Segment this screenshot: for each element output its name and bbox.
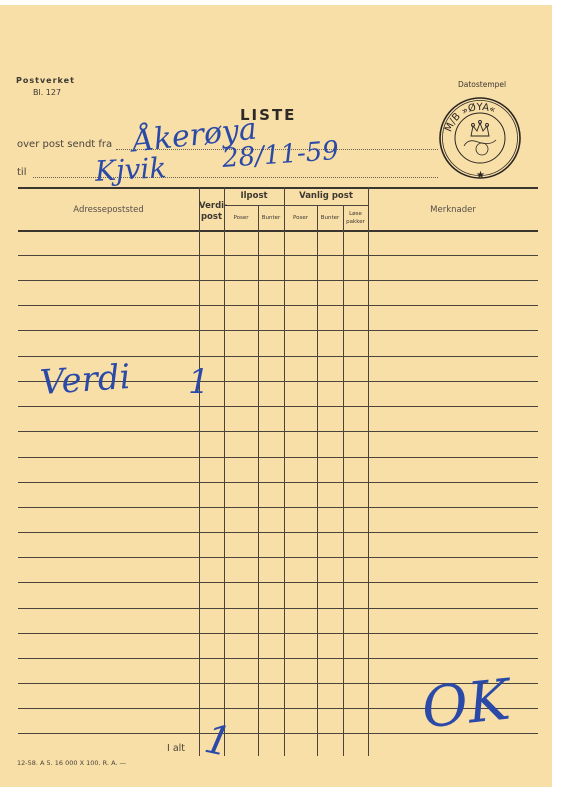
table-row-line [18, 255, 538, 256]
table-row-line [18, 633, 538, 634]
column-header-vanlig-bunter: Bunter [317, 215, 343, 221]
column-divider [343, 205, 344, 756]
from-label: over post sendt fra [17, 139, 112, 150]
lose-pakker-line2: pakker [343, 218, 368, 226]
table-row-line [18, 582, 538, 583]
table-row-line [18, 608, 538, 609]
column-header-ilpost-poser: Poser [224, 215, 258, 221]
total-label: I alt [167, 743, 185, 754]
table-row-line [18, 406, 538, 407]
column-divider [317, 205, 318, 756]
table-row-line [18, 658, 538, 659]
column-header-lose-pakker: Løse pakker [343, 210, 368, 226]
column-header-verdipost: Verdi- post [199, 201, 224, 223]
table-row-line [18, 557, 538, 558]
verdipost-line2: post [199, 212, 224, 223]
signature-handwritten: OK [419, 668, 513, 742]
column-divider [224, 187, 225, 756]
column-header-vanlig-post: Vanlig post [284, 191, 368, 201]
table-row-line [18, 431, 538, 432]
table-row-line [18, 507, 538, 508]
entry-verdipost-handwritten: 1 [188, 362, 210, 402]
column-divider [199, 187, 200, 756]
to-field-line[interactable] [33, 177, 438, 178]
stamp-text: M/B »ØYA« [443, 101, 497, 133]
table-row-line [18, 532, 538, 533]
print-footer: 12-58. A 5. 16 000 X 100. R. A. — [17, 759, 126, 767]
postmark-stamp-icon: M/B »ØYA« ★ [438, 96, 522, 180]
lose-pakker-line1: Løse [343, 210, 368, 218]
table-row-line [18, 280, 538, 281]
column-header-ilpost: Ilpost [224, 191, 284, 201]
column-divider [284, 187, 285, 756]
svg-text:★: ★ [476, 170, 485, 180]
entry-address-handwritten: Verdi [39, 357, 132, 403]
to-label: til [17, 167, 26, 178]
verdipost-line1: Verdi- [199, 201, 224, 212]
table-row-line [18, 356, 538, 357]
table-row-line [18, 305, 538, 306]
table-row-line [18, 482, 538, 483]
form-number: Bl. 127 [33, 88, 61, 97]
column-header-ilpost-bunter: Bunter [258, 215, 284, 221]
table-top-border [18, 187, 538, 189]
column-divider [368, 187, 369, 756]
ilpost-subheader-line [224, 205, 284, 206]
column-divider [258, 205, 259, 756]
table-row-line [18, 330, 538, 331]
date-stamp-label: Datostempel [458, 80, 506, 89]
organization-name: Postverket [16, 76, 75, 85]
to-value-handwritten: Kjvik [94, 151, 167, 188]
column-header-remarks: Merknader [368, 205, 538, 215]
svg-text:M/B »ØYA«: M/B »ØYA« [443, 101, 497, 133]
vanlig-subheader-line [284, 205, 368, 206]
column-header-address: Adressepoststed [18, 205, 199, 215]
table-header-border [18, 230, 538, 232]
table-row-line [18, 457, 538, 458]
column-header-vanlig-poser: Poser [284, 215, 317, 221]
